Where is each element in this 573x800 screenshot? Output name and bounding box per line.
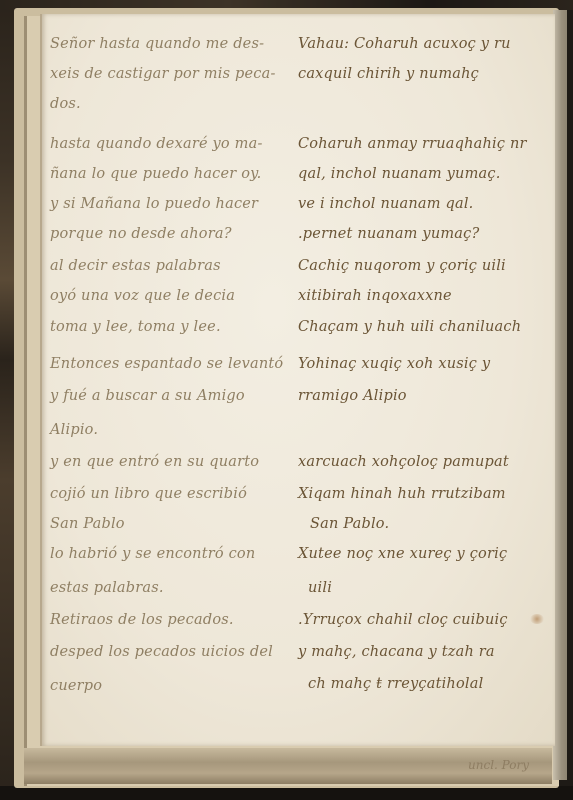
- spanish-line: hasta quando dexaré yo ma-: [50, 136, 263, 152]
- mayan-line: Xutee noç xne xureç y çoriç: [298, 546, 507, 562]
- mayan-line: Coharuh anmay rruaqhahiç nr: [298, 136, 527, 152]
- spanish-line: al decir estas palabras: [50, 258, 221, 274]
- spanish-line: toma y lee, toma y lee.: [50, 319, 221, 335]
- bottom-edge-note: uncl. Pory: [468, 758, 529, 772]
- spanish-line: xeis de castigar por mis peca-: [50, 66, 276, 82]
- mayan-line: rramigo Alipio: [298, 388, 407, 404]
- mayan-line: .pernet nuanam yumaç?: [298, 226, 479, 242]
- mayan-line: Vahau: Coharuh acuxoç y ru: [298, 36, 511, 52]
- spanish-line: oyó una voz que le decia: [50, 288, 235, 304]
- mayan-line: xarcuach xohçoloç pamupat: [298, 454, 509, 470]
- spanish-line: Retiraos de los pecados.: [50, 612, 234, 628]
- mayan-line: Chaçam y huh uili chaniluach: [298, 319, 521, 335]
- page-right-edge: [553, 10, 567, 780]
- mayan-line: .Yrruçox chahil cloç cuibuiç: [298, 612, 508, 628]
- mayan-line: qal, inchol nuanam yumaç.: [298, 166, 501, 182]
- mayan-line: San Pablo.: [310, 516, 389, 532]
- spanish-line: lo habrió y se encontró con: [50, 546, 255, 562]
- spanish-line: cuerpo: [50, 678, 102, 694]
- mayan-line: caxquil chirih y numahç: [298, 66, 479, 82]
- spanish-line: y fué a buscar a su Amigo: [50, 388, 245, 404]
- mayan-line: ch mahç ŧ rreyçatiholal: [308, 676, 483, 692]
- spanish-line: y en que entró en su quarto: [50, 454, 259, 470]
- spanish-line: Entonces espantado se levantó: [50, 356, 283, 372]
- spanish-line: Alipio.: [50, 422, 98, 438]
- mayan-line: ve i inchol nuanam qal.: [298, 196, 473, 212]
- spanish-line: San Pablo: [50, 516, 125, 532]
- spanish-line: Señor hasta quando me des-: [50, 36, 264, 52]
- mayan-line: Cachiç nuqorom y çoriç uili: [298, 258, 506, 274]
- manuscript-page: Señor hasta quando me des- xeis de casti…: [40, 14, 555, 746]
- spanish-line: desped los pecados uicios del: [50, 644, 273, 660]
- spanish-line: ñana lo que puedo hacer oy.: [50, 166, 261, 182]
- mayan-line: Xiqam hinah huh rrutzibam: [298, 486, 506, 502]
- ink-stain: [530, 614, 544, 624]
- mayan-line: y mahç, chacana y tzah ra: [298, 644, 495, 660]
- spanish-line: estas palabras.: [50, 580, 164, 596]
- book-cover-bottom: [0, 786, 573, 800]
- mayan-line: xitibirah inqoxaxxne: [298, 288, 452, 304]
- spanish-line: porque no desde ahora?: [50, 226, 232, 242]
- spanish-line: cojió un libro que escribió: [50, 486, 247, 502]
- spanish-line: dos.: [50, 96, 81, 112]
- mayan-line: uili: [308, 580, 332, 596]
- mayan-line: Yohinaç xuqiç xoh xusiç y: [298, 356, 490, 372]
- spanish-line: y si Mañana lo puedo hacer: [50, 196, 258, 212]
